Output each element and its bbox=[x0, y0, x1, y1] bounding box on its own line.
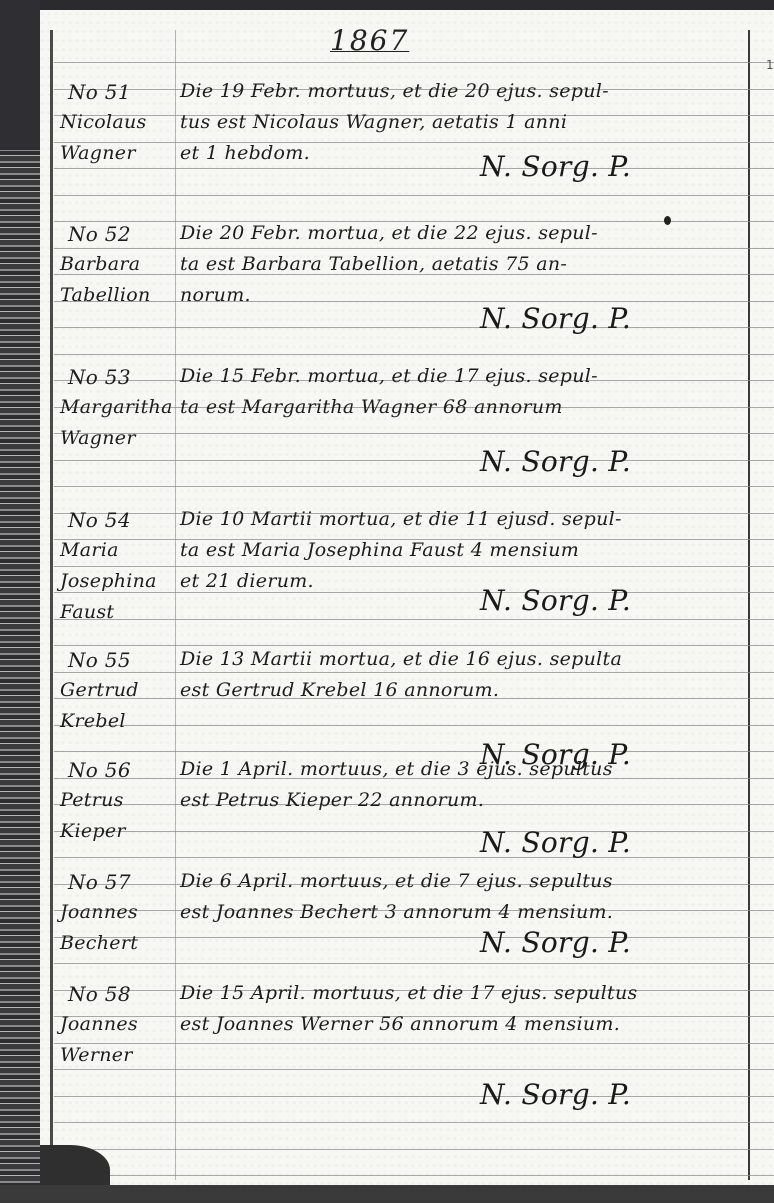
ruled-line bbox=[54, 62, 774, 63]
page-year: 1867 bbox=[330, 24, 409, 57]
entry-name-line: Nicolaus bbox=[60, 111, 147, 133]
entry-text-line: est Gertrud Krebel 16 annorum. bbox=[180, 679, 499, 701]
entry-name-line: Faust bbox=[60, 601, 114, 623]
entry-name-line: Gertrud bbox=[60, 679, 139, 701]
ruled-line bbox=[54, 857, 774, 858]
entry-text-line: est Petrus Kieper 22 annorum. bbox=[180, 789, 484, 811]
ruled-line bbox=[54, 937, 774, 938]
entry-signature: N. Sorg. P. bbox=[480, 584, 631, 617]
ruled-line bbox=[54, 486, 774, 487]
entry-name-line: Margaritha bbox=[60, 396, 173, 418]
ruled-line bbox=[54, 195, 774, 196]
entry-name-line: Werner bbox=[60, 1044, 133, 1066]
entry-text-line: est Joannes Werner 56 annorum 4 mensium. bbox=[180, 1013, 620, 1035]
entry-name-line: Petrus bbox=[60, 789, 124, 811]
entry-text-line: et 1 hebdom. bbox=[180, 142, 310, 164]
ink-spot bbox=[664, 216, 671, 225]
ruled-line bbox=[54, 1069, 774, 1070]
entry-text-line: Die 13 Martii mortua, et die 16 ejus. se… bbox=[180, 648, 622, 670]
entry-number: No 53 bbox=[68, 365, 131, 389]
ruled-line bbox=[54, 168, 774, 169]
entry-name-line: Barbara bbox=[60, 253, 140, 275]
ruled-line bbox=[54, 142, 774, 143]
ruled-line bbox=[54, 1043, 774, 1044]
entry-number: No 58 bbox=[68, 982, 131, 1006]
scanner-left-margin bbox=[0, 0, 40, 1203]
entry-text-line: ta est Maria Josephina Faust 4 mensium bbox=[180, 539, 579, 561]
name-column-divider bbox=[175, 30, 176, 1180]
entry-name-line: Wagner bbox=[60, 427, 136, 449]
entry-name-line: Maria bbox=[60, 539, 119, 561]
entry-text-line: ta est Margaritha Wagner 68 annorum bbox=[180, 396, 563, 418]
entry-text-line: Die 15 April. mortuus, et die 17 ejus. s… bbox=[180, 982, 638, 1004]
entry-name-line: Joannes bbox=[60, 1013, 138, 1035]
entry-text-line: Die 1 April. mortuus, et die 3 ejus. sep… bbox=[180, 758, 613, 780]
scanner-top-edge bbox=[0, 0, 774, 10]
ruled-line bbox=[54, 301, 774, 302]
ruled-line bbox=[54, 619, 774, 620]
ruled-line bbox=[54, 1096, 774, 1097]
entry-number: No 55 bbox=[68, 648, 131, 672]
ruled-line bbox=[54, 963, 774, 964]
entry-name-line: Joannes bbox=[60, 901, 138, 923]
entry-name-line: Wagner bbox=[60, 142, 136, 164]
ruled-line bbox=[54, 751, 774, 752]
page-left-border bbox=[50, 30, 53, 1180]
ruled-line bbox=[54, 460, 774, 461]
entry-text-line: Die 19 Febr. mortuus, et die 20 ejus. se… bbox=[180, 80, 609, 102]
entry-name-line: Bechert bbox=[60, 932, 138, 954]
entry-text-line: et 21 dierum. bbox=[180, 570, 314, 592]
entry-text-line: ta est Barbara Tabellion, aetatis 75 an- bbox=[180, 253, 567, 275]
scanner-bottom-edge bbox=[0, 1185, 774, 1203]
entry-text-line: norum. bbox=[180, 284, 251, 306]
ruled-line bbox=[54, 354, 774, 355]
entry-name-line: Krebel bbox=[60, 710, 126, 732]
entry-number: No 51 bbox=[68, 80, 131, 104]
entry-signature: N. Sorg. P. bbox=[480, 302, 631, 335]
entry-name-line: Tabellion bbox=[60, 284, 151, 306]
entry-text-line: Die 15 Febr. mortua, et die 17 ejus. sep… bbox=[180, 365, 598, 387]
entry-name-line: Josephina bbox=[60, 570, 157, 592]
entry-signature: N. Sorg. P. bbox=[480, 926, 631, 959]
ruled-line bbox=[54, 1149, 774, 1150]
entry-text-line: Die 10 Martii mortua, et die 11 ejusd. s… bbox=[180, 508, 622, 530]
ruled-line bbox=[54, 248, 774, 249]
scanner-left-margin-dark bbox=[0, 0, 40, 150]
entry-text-line: est Joannes Bechert 3 annorum 4 mensium. bbox=[180, 901, 613, 923]
margin-note: 14 bbox=[766, 58, 774, 72]
ruled-line bbox=[54, 645, 774, 646]
ruled-line bbox=[54, 1175, 774, 1176]
ruled-line bbox=[54, 592, 774, 593]
ruled-line bbox=[54, 831, 774, 832]
entry-number: No 57 bbox=[68, 870, 131, 894]
entry-text-line: Die 6 April. mortuus, et die 7 ejus. sep… bbox=[180, 870, 613, 892]
entry-signature: N. Sorg. P. bbox=[480, 445, 631, 478]
ruled-line bbox=[54, 327, 774, 328]
entry-number: No 56 bbox=[68, 758, 131, 782]
entry-number: No 54 bbox=[68, 508, 131, 532]
ruled-line bbox=[54, 1122, 774, 1123]
right-margin-divider bbox=[748, 30, 750, 1180]
ruled-line bbox=[54, 672, 774, 673]
entry-signature: N. Sorg. P. bbox=[480, 1078, 631, 1111]
register-page: 1867 14 No 51Die 19 Febr. mortuus, et di… bbox=[40, 10, 774, 1185]
ruled-line bbox=[54, 566, 774, 567]
ruled-line bbox=[54, 433, 774, 434]
ruled-line bbox=[54, 725, 774, 726]
entry-number: No 52 bbox=[68, 222, 131, 246]
entry-text-line: Die 20 Febr. mortua, et die 22 ejus. sep… bbox=[180, 222, 598, 244]
entry-signature: N. Sorg. P. bbox=[480, 826, 631, 859]
entry-text-line: tus est Nicolaus Wagner, aetatis 1 anni bbox=[180, 111, 567, 133]
entry-name-line: Kieper bbox=[60, 820, 126, 842]
entry-signature: N. Sorg. P. bbox=[480, 150, 631, 183]
